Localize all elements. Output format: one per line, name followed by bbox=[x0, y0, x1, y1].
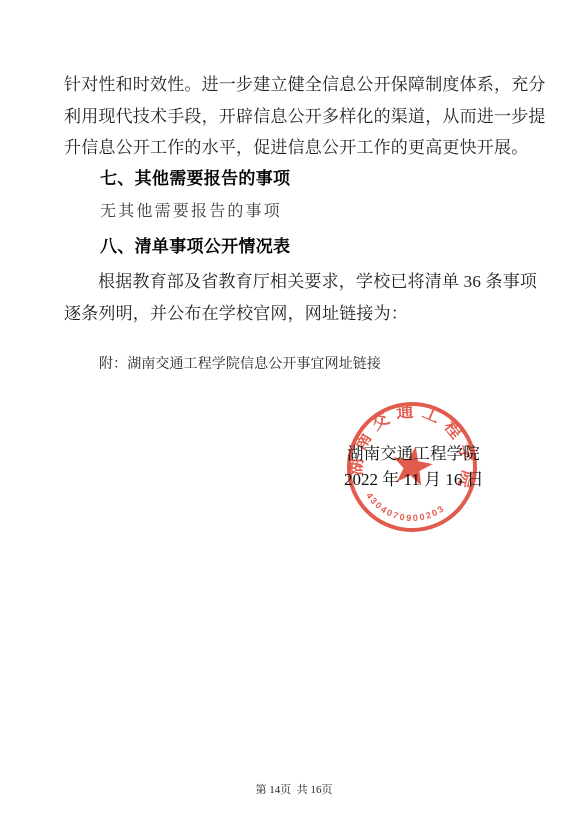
closing-paragraph: 针对性和时效性。进一步建立健全信息公开保障制度体系，充分 利用现代技术手段，开辟… bbox=[64, 69, 528, 164]
document-page: { "document": { "body": { "paragraph1_li… bbox=[0, 0, 588, 837]
section-7-heading: 七、其他需要报告的事项 bbox=[100, 169, 290, 189]
body-line: 针对性和时效性。进一步建立健全信息公开保障制度体系，充分 bbox=[64, 69, 528, 101]
signature-date: 2022 年 11 月 16 日 bbox=[344, 469, 484, 490]
seal-code-text: 4304070900203 bbox=[361, 489, 448, 529]
body-line: 根据教育部及省教育厅相关要求，学校已将清单 36 条事项 bbox=[64, 266, 528, 298]
body-line: 升信息公开工作的水平，促进信息公开工作的更高更快开展。 bbox=[64, 132, 528, 164]
body-line: 利用现代技术手段，开辟信息公开多样化的渠道，从而进一步提 bbox=[64, 101, 528, 133]
official-seal: 湖南交通工程学院 4304070900203 bbox=[338, 393, 486, 541]
official-seal-graphic: 湖南交通工程学院 4304070900203 bbox=[338, 393, 486, 541]
section-8-heading: 八、清单事项公开情况表 bbox=[100, 237, 290, 257]
signature-org-name: 湖南交通工程学院 bbox=[347, 444, 480, 464]
body-line: 逐条列明，并公布在学校官网，网址链接为： bbox=[64, 298, 528, 330]
section-7-body: 无其他需要报告的事项 bbox=[100, 202, 282, 222]
page-number-footer: 第 14页 共 16页 bbox=[0, 783, 588, 797]
attachment-note: 附：湖南交通工程学院信息公开事宜网址链接 bbox=[99, 356, 381, 374]
section-8-paragraph: 根据教育部及省教育厅相关要求，学校已将清单 36 条事项 逐条列明，并公布在学校… bbox=[64, 266, 528, 329]
